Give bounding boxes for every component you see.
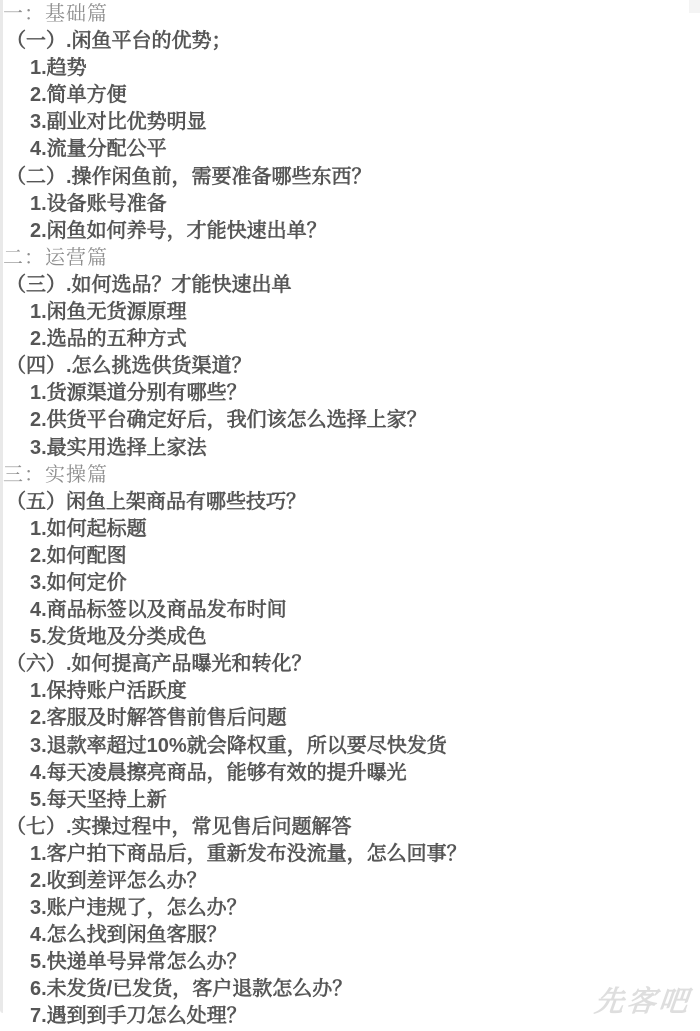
outline-line-item: 2.闲鱼如何养号，才能快速出单？ (0, 218, 700, 245)
outline-line-chapter: （七）.实操过程中，常见售后问题解答 (0, 814, 700, 841)
outline-line-item: 2.供货平台确定好后，我们该怎么选择上家？ (0, 407, 700, 434)
document-page: 一：基础篇（一）.闲鱼平台的优势；1.趋势2.简单方便3.副业对比优势明显4.流… (0, 0, 700, 1031)
outline-line-section: 二：运营篇 (0, 245, 700, 272)
outline-line-item: 1.趋势 (0, 55, 700, 82)
outline-line-item: 4.怎么找到闲鱼客服？ (0, 922, 700, 949)
outline-line-item: 3.副业对比优势明显 (0, 109, 700, 136)
outline-line-chapter: （五）闲鱼上架商品有哪些技巧？ (0, 489, 700, 516)
outline-line-chapter: （六）.如何提高产品曝光和转化？ (0, 651, 700, 678)
outline-line-item: 3.最实用选择上家法 (0, 435, 700, 462)
outline-line-item: 1.如何起标题 (0, 516, 700, 543)
outline-line-item: 4.流量分配公平 (0, 136, 700, 163)
outline-line-section: 一：基础篇 (0, 1, 700, 28)
outline-line-item: 1.闲鱼无货源原理 (0, 299, 700, 326)
outline-line-section: 三：实操篇 (0, 462, 700, 489)
outline-line-item: 1.设备账号准备 (0, 191, 700, 218)
outline-line-chapter: （二）.操作闲鱼前，需要准备哪些东西？ (0, 164, 700, 191)
outline-line-chapter: （一）.闲鱼平台的优势； (0, 28, 700, 55)
outline-line-item: 5.发货地及分类成色 (0, 624, 700, 651)
outline-line-item: 3.账户违规了，怎么办？ (0, 895, 700, 922)
outline-line-item: 5.每天坚持上新 (0, 787, 700, 814)
outline-line-item: 2.收到差评怎么办？ (0, 868, 700, 895)
outline-line-item: 3.退款率超过10%就会降权重，所以要尽快发货 (0, 733, 700, 760)
outline-line-item: 2.客服及时解答售前售后问题 (0, 705, 700, 732)
outline-line-item: 2.简单方便 (0, 82, 700, 109)
outline-line-item: 2.选品的五种方式 (0, 326, 700, 353)
outline-line-item: 1.保持账户活跃度 (0, 678, 700, 705)
outline-line-item: 1.货源渠道分别有哪些？ (0, 380, 700, 407)
outline-line-item: 4.每天凌晨擦亮商品，能够有效的提升曝光 (0, 760, 700, 787)
outline-line-item: 4.商品标签以及商品发布时间 (0, 597, 700, 624)
watermark: 先客吧 (593, 979, 693, 1020)
outline-line-item: 2.如何配图 (0, 543, 700, 570)
outline-line-chapter: （四）.怎么挑选供货渠道？ (0, 353, 700, 380)
course-outline: 一：基础篇（一）.闲鱼平台的优势；1.趋势2.简单方便3.副业对比优势明显4.流… (0, 0, 700, 1031)
outline-line-chapter: （三）.如何选品？才能快速出单 (0, 272, 700, 299)
outline-line-item: 5.快递单号异常怎么办？ (0, 949, 700, 976)
outline-line-item: 1.客户拍下商品后，重新发布没流量，怎么回事？ (0, 841, 700, 868)
outline-line-item: 3.如何定价 (0, 570, 700, 597)
